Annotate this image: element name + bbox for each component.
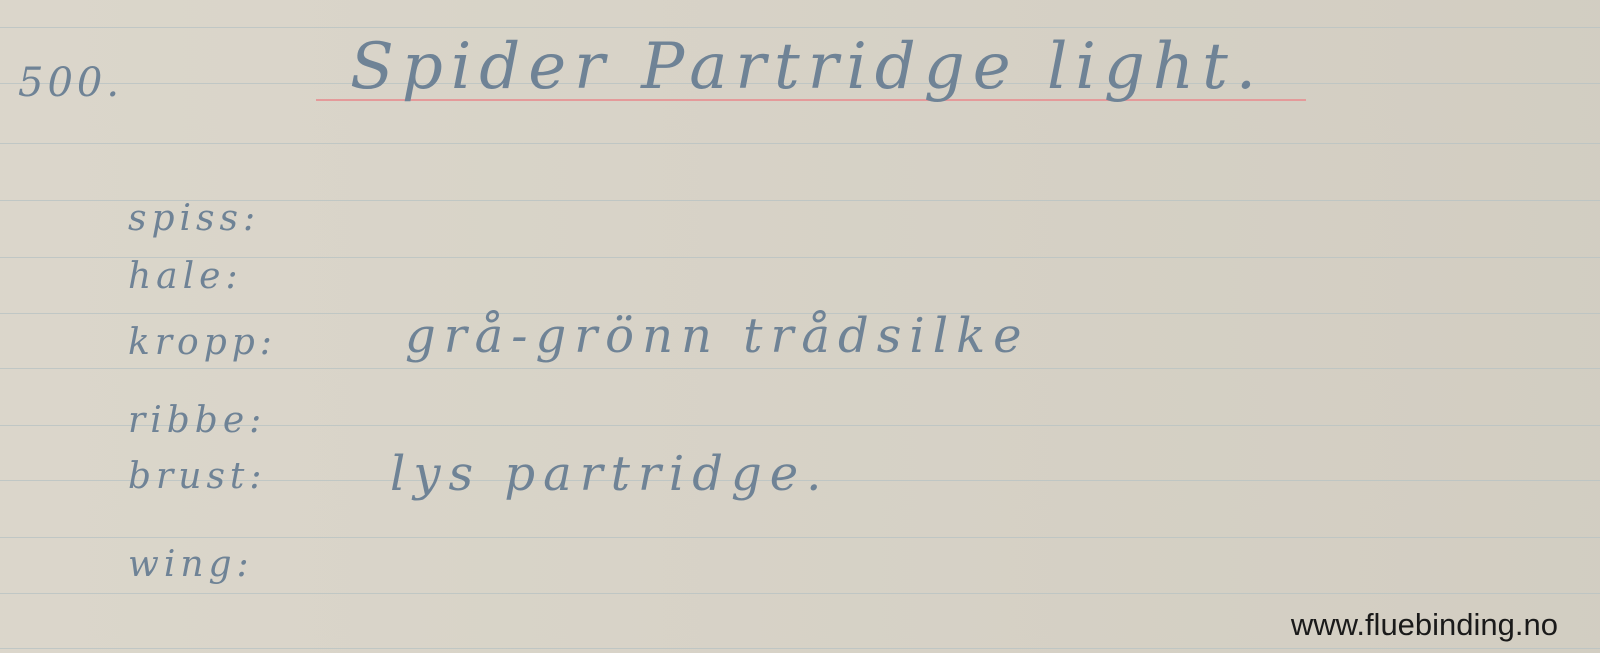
field-label-brust: brust: [128, 456, 267, 497]
field-label-spiss: spiss: [128, 198, 260, 239]
notebook-page: 500. Spider Partridge light. spiss: hale… [0, 0, 1600, 653]
ruled-line [0, 537, 1600, 538]
watermark-text: www.fluebinding.no [1291, 607, 1558, 643]
field-label-kropp: kropp: [128, 322, 277, 363]
ruled-line [0, 143, 1600, 144]
ruled-line [0, 593, 1600, 594]
ruled-line [0, 27, 1600, 28]
entry-title: Spider Partridge light. [350, 30, 1264, 104]
field-label-hale: hale: [128, 256, 243, 297]
field-label-ribbe: ribbe: [128, 400, 266, 441]
field-value-kropp: grå-grönn trådsilke [405, 308, 1030, 364]
ruled-line [0, 648, 1600, 649]
ruled-line [0, 368, 1600, 369]
field-label-wing: wing: [128, 544, 254, 585]
field-value-brust: lys partridge. [390, 446, 829, 502]
entry-number: 500. [18, 60, 123, 106]
